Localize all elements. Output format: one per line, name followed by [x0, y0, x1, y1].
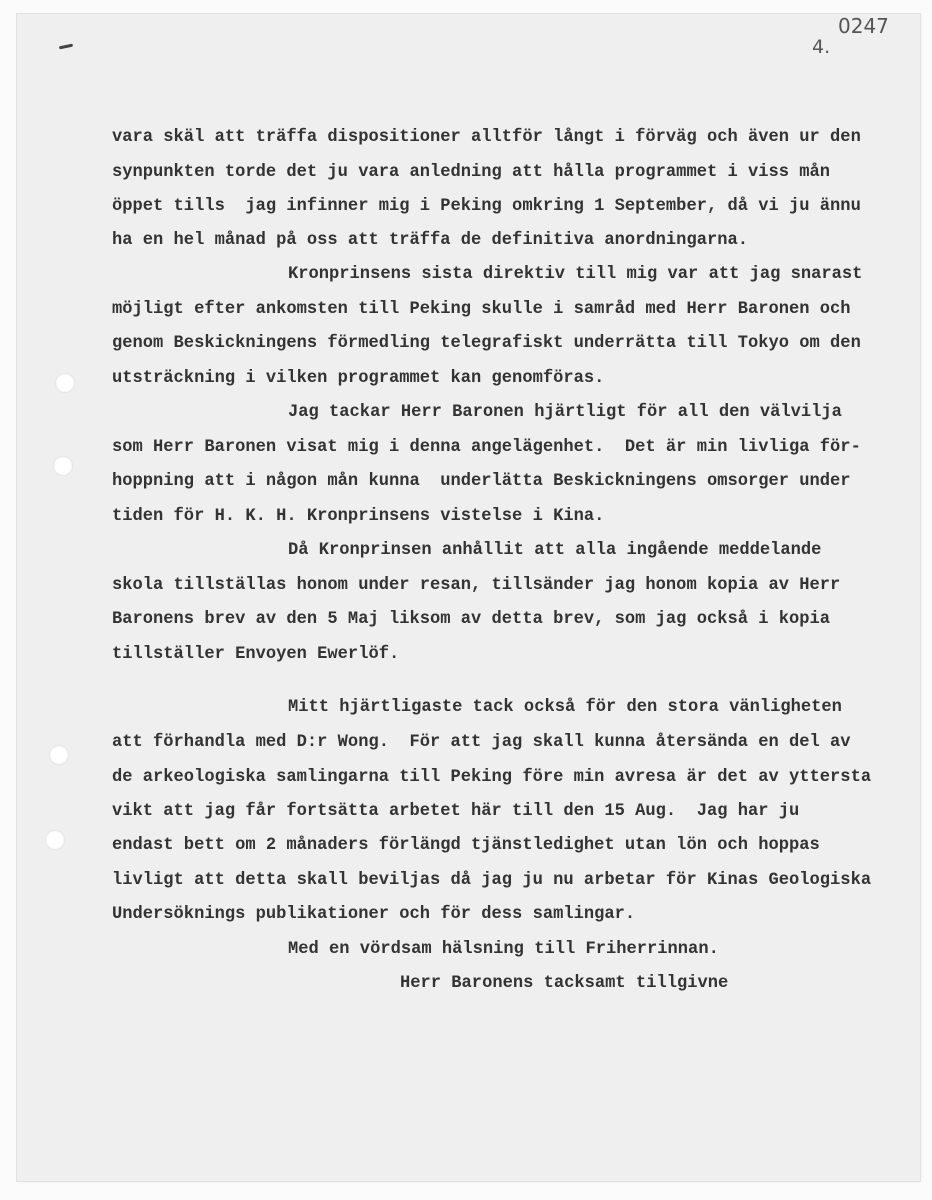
text-line: tillställer Envoyen Ewerlöf.: [112, 645, 399, 665]
text-line: att förhandla med D:r Wong. För att jag …: [112, 733, 851, 753]
text-line: livligt att detta skall beviljas då jag …: [112, 871, 871, 891]
text-line: som Herr Baronen visat mig i denna angel…: [112, 438, 861, 458]
punch-hole-icon: [49, 745, 69, 765]
text-line: Jag tackar Herr Baronen hjärtligt för al…: [288, 403, 842, 423]
punch-hole-icon: [55, 373, 75, 393]
closing-greeting: Med en vördsam hälsning till Friherrinna…: [288, 940, 719, 960]
text-line: ha en hel månad på oss att träffa de def…: [112, 231, 748, 251]
text-line: Undersöknings publikationer och för dess…: [112, 905, 635, 925]
page-number: 4.: [812, 36, 830, 58]
text-line: utsträckning i vilken programmet kan gen…: [112, 369, 604, 389]
text-line: endast bett om 2 månaders förlängd tjäns…: [112, 836, 820, 856]
punch-hole-icon: [45, 830, 65, 850]
text-line: Baronens brev av den 5 Maj liksom av det…: [112, 610, 830, 630]
archive-number: 0247: [838, 14, 889, 38]
text-line: skola tillställas honom under resan, til…: [112, 576, 840, 596]
text-line: de arkeologiska samlingarna till Peking …: [112, 768, 871, 788]
closing-valediction: Herr Baronens tacksamt tillgivne: [400, 974, 728, 994]
text-line: möjligt efter ankomsten till Peking skul…: [112, 300, 851, 320]
text-line: öppet tills jag infinner mig i Peking om…: [112, 197, 861, 217]
text-line: Kronprinsens sista direktiv till mig var…: [288, 265, 862, 285]
text-line: tiden för H. K. H. Kronprinsens vistelse…: [112, 507, 604, 527]
text-line: synpunkten torde det ju vara anledning a…: [112, 163, 830, 183]
text-line: hoppning att i någon mån kunna underlätt…: [112, 472, 851, 492]
text-line: Då Kronprinsen anhållit att alla ingåend…: [288, 541, 821, 561]
text-line: vara skäl att träffa dispositioner alltf…: [112, 128, 861, 148]
text-line: vikt att jag får fortsätta arbetet här t…: [112, 802, 799, 822]
text-line: Mitt hjärtligaste tack också för den sto…: [288, 698, 842, 718]
punch-hole-icon: [53, 456, 73, 476]
text-line: genom Beskickningens förmedling telegraf…: [112, 334, 861, 354]
document-page: [17, 14, 920, 1181]
